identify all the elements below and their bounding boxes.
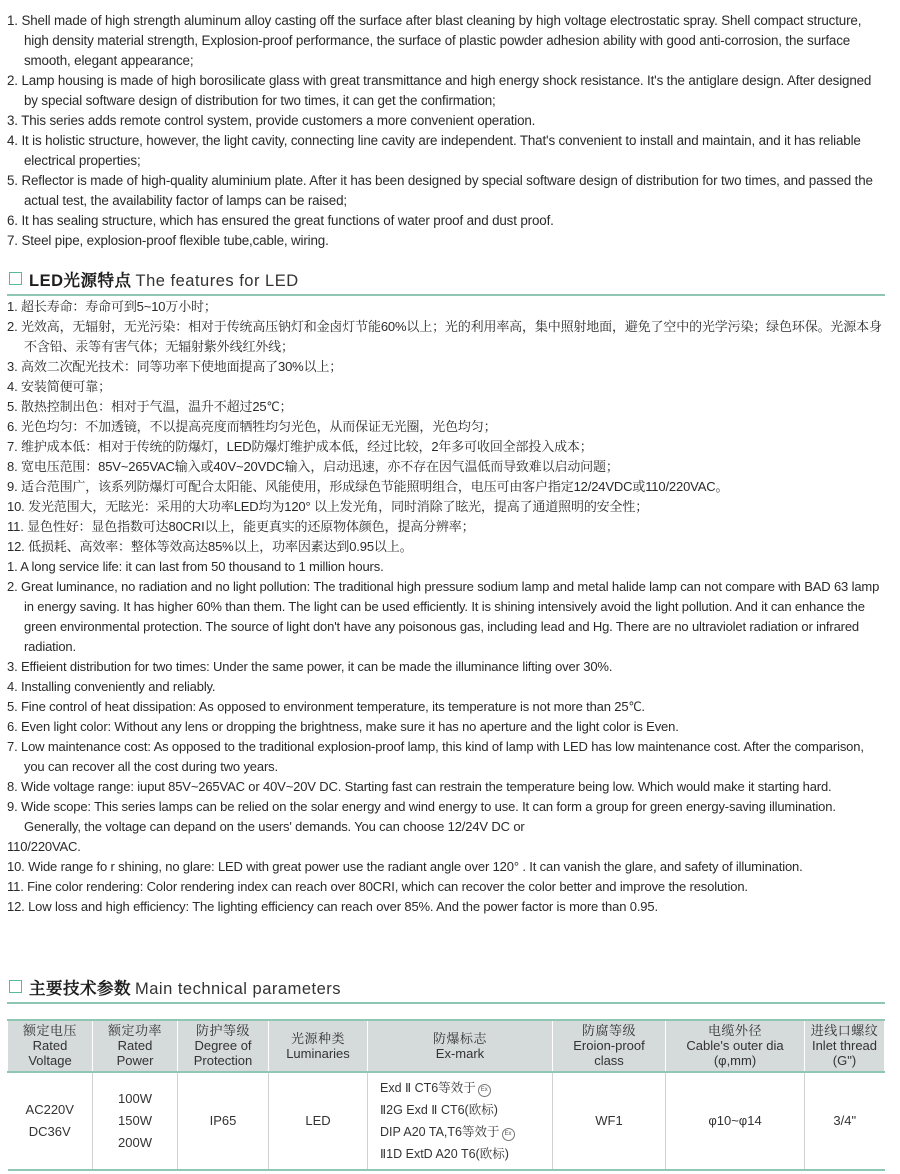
list-item-cn: 12. 低损耗、高效率：整体等效高达85%以上，功率因素达到0.95以上。 xyxy=(7,537,887,557)
list-item-en: 4. Installing conveniently and reliably. xyxy=(7,677,887,697)
list-item-cn: 11. 显色性好：显色指数可达80CRI以上，能更真实的还原物体颜色，提高分辨率… xyxy=(7,517,887,537)
list-item-cn: 5. 散热控制出色：相对于气温，温升不超过25℃； xyxy=(7,397,887,417)
list-item-en: 7. Low maintenance cost: As opposed to t… xyxy=(7,737,887,777)
column-header-protection: 防护等级Degree ofProtection xyxy=(178,1020,269,1072)
list-item-cn: 6. 光色均匀：不加透镜，不以提高亮度而牺牲均匀光色，从而保证无光圈，光色均匀； xyxy=(7,417,887,437)
square-bullet-icon xyxy=(9,272,22,285)
section-title: 主要技术参数Main technical parameters xyxy=(29,975,341,999)
led-features-list: 1. 超长寿命：寿命可到5~10万小时； 2. 光效高，无辐射，无光污染：相对于… xyxy=(7,297,887,917)
list-item-en: 8. Wide voltage range: iuput 85V~265VAC … xyxy=(7,777,887,797)
cell-inlet-thread: 3/4" xyxy=(805,1072,885,1170)
table-row: AC220VDC36V 100W150W200W IP65 LED Exd Ⅱ … xyxy=(8,1072,885,1170)
list-item: 3. This series adds remote control syste… xyxy=(7,111,887,131)
ex-explosion-proof-icon: Ex xyxy=(478,1084,491,1097)
list-item: 7. Steel pipe, explosion-proof flexible … xyxy=(7,231,887,251)
list-item-en: 11. Fine color rendering: Color renderin… xyxy=(7,877,887,897)
cell-luminaries: LED xyxy=(269,1072,368,1170)
ex-explosion-proof-icon: Ex xyxy=(502,1128,515,1141)
list-item-cn: 8. 宽电压范围：85V~265VAC输入或40V~20VDC输入，启动迅速，亦… xyxy=(7,457,887,477)
column-header-ex-mark: 防爆标志Ex-mark xyxy=(368,1020,553,1072)
column-header-rated-voltage: 额定电压RatedVoltage xyxy=(8,1020,93,1072)
list-item-cn: 1. 超长寿命：寿命可到5~10万小时； xyxy=(7,297,887,317)
list-item-cn: 10. 发光范围大，无眩光：采用的大功率LED均为120° 以上发光角，同时消除… xyxy=(7,497,887,517)
column-header-cable-dia: 电缆外径Cable's outer dia(φ,mm) xyxy=(666,1020,805,1072)
led-features-header: LED光源特点The features for LED xyxy=(7,264,885,296)
list-item-en: 1. A long service life: it can last from… xyxy=(7,557,887,577)
list-item-cn: 4. 安装简便可靠； xyxy=(7,377,887,397)
list-item-cn: 9. 适合范围广，该系列防爆灯可配合太阳能、风能使用，形成绿色节能照明组合，电压… xyxy=(7,477,887,497)
list-item-en: 12. Low loss and high efficiency: The li… xyxy=(7,897,887,917)
square-bullet-icon xyxy=(9,980,22,993)
parameters-table: 额定电压RatedVoltage 额定功率RatedPower 防护等级Degr… xyxy=(7,1019,885,1171)
list-item-en: 2. Great luminance, no radiation and no … xyxy=(7,577,887,657)
list-item: 1. Shell made of high strength aluminum … xyxy=(7,11,887,71)
list-item-en: 9. Wide scope: This series lamps can be … xyxy=(7,797,887,837)
list-item: 4. It is holistic structure, however, th… xyxy=(7,131,887,171)
list-item-en: 10. Wide range fo r shining, no glare: L… xyxy=(7,857,887,877)
list-item-cn: 7. 维护成本低：相对于传统的防爆灯，LED防爆灯维护成本低，经过比较，2年多可… xyxy=(7,437,887,457)
column-header-rated-power: 额定功率RatedPower xyxy=(93,1020,178,1072)
cell-ex-mark: Exd Ⅱ CT6等效于Ex Ⅱ2G Exd Ⅱ CT6(欧标) DIP A20… xyxy=(368,1072,553,1170)
cell-power: 100W150W200W xyxy=(93,1072,178,1170)
main-parameters-header: 主要技术参数Main technical parameters xyxy=(7,972,885,1004)
cell-voltage: AC220VDC36V xyxy=(8,1072,93,1170)
column-header-luminaries: 光源种类Luminaries xyxy=(269,1020,368,1072)
list-item: 5. Reflector is made of high-quality alu… xyxy=(7,171,887,211)
list-item: 6. It has sealing structure, which has e… xyxy=(7,211,887,231)
cell-protection: IP65 xyxy=(178,1072,269,1170)
list-item-en: 5. Fine control of heat dissipation: As … xyxy=(7,697,887,717)
list-item-en: 3. Effieient distribution for two times:… xyxy=(7,657,887,677)
section-title: LED光源特点The features for LED xyxy=(29,267,299,291)
list-item-cn: 2. 光效高，无辐射，无光污染：相对于传统高压钠灯和金卤灯节能60%以上；光的利… xyxy=(7,317,887,357)
column-header-corrosion-class: 防腐等级Eroion-proofclass xyxy=(553,1020,666,1072)
list-item-en-continuation: 110/220VAC. xyxy=(7,837,887,857)
list-item-cn: 3. 高效二次配光技术：同等功率下使地面提高了30%以上； xyxy=(7,357,887,377)
list-item-en: 6. Even light color: Without any lens or… xyxy=(7,717,887,737)
cell-cable-dia: φ10~φ14 xyxy=(666,1072,805,1170)
cell-corrosion-class: WF1 xyxy=(553,1072,666,1170)
column-header-inlet-thread: 进线口螺纹Inlet thread(G") xyxy=(805,1020,885,1072)
table-header-row: 额定电压RatedVoltage 额定功率RatedPower 防护等级Degr… xyxy=(8,1020,885,1072)
list-item: 2. Lamp housing is made of high borosili… xyxy=(7,71,887,111)
general-features-list: 1. Shell made of high strength aluminum … xyxy=(7,11,887,251)
